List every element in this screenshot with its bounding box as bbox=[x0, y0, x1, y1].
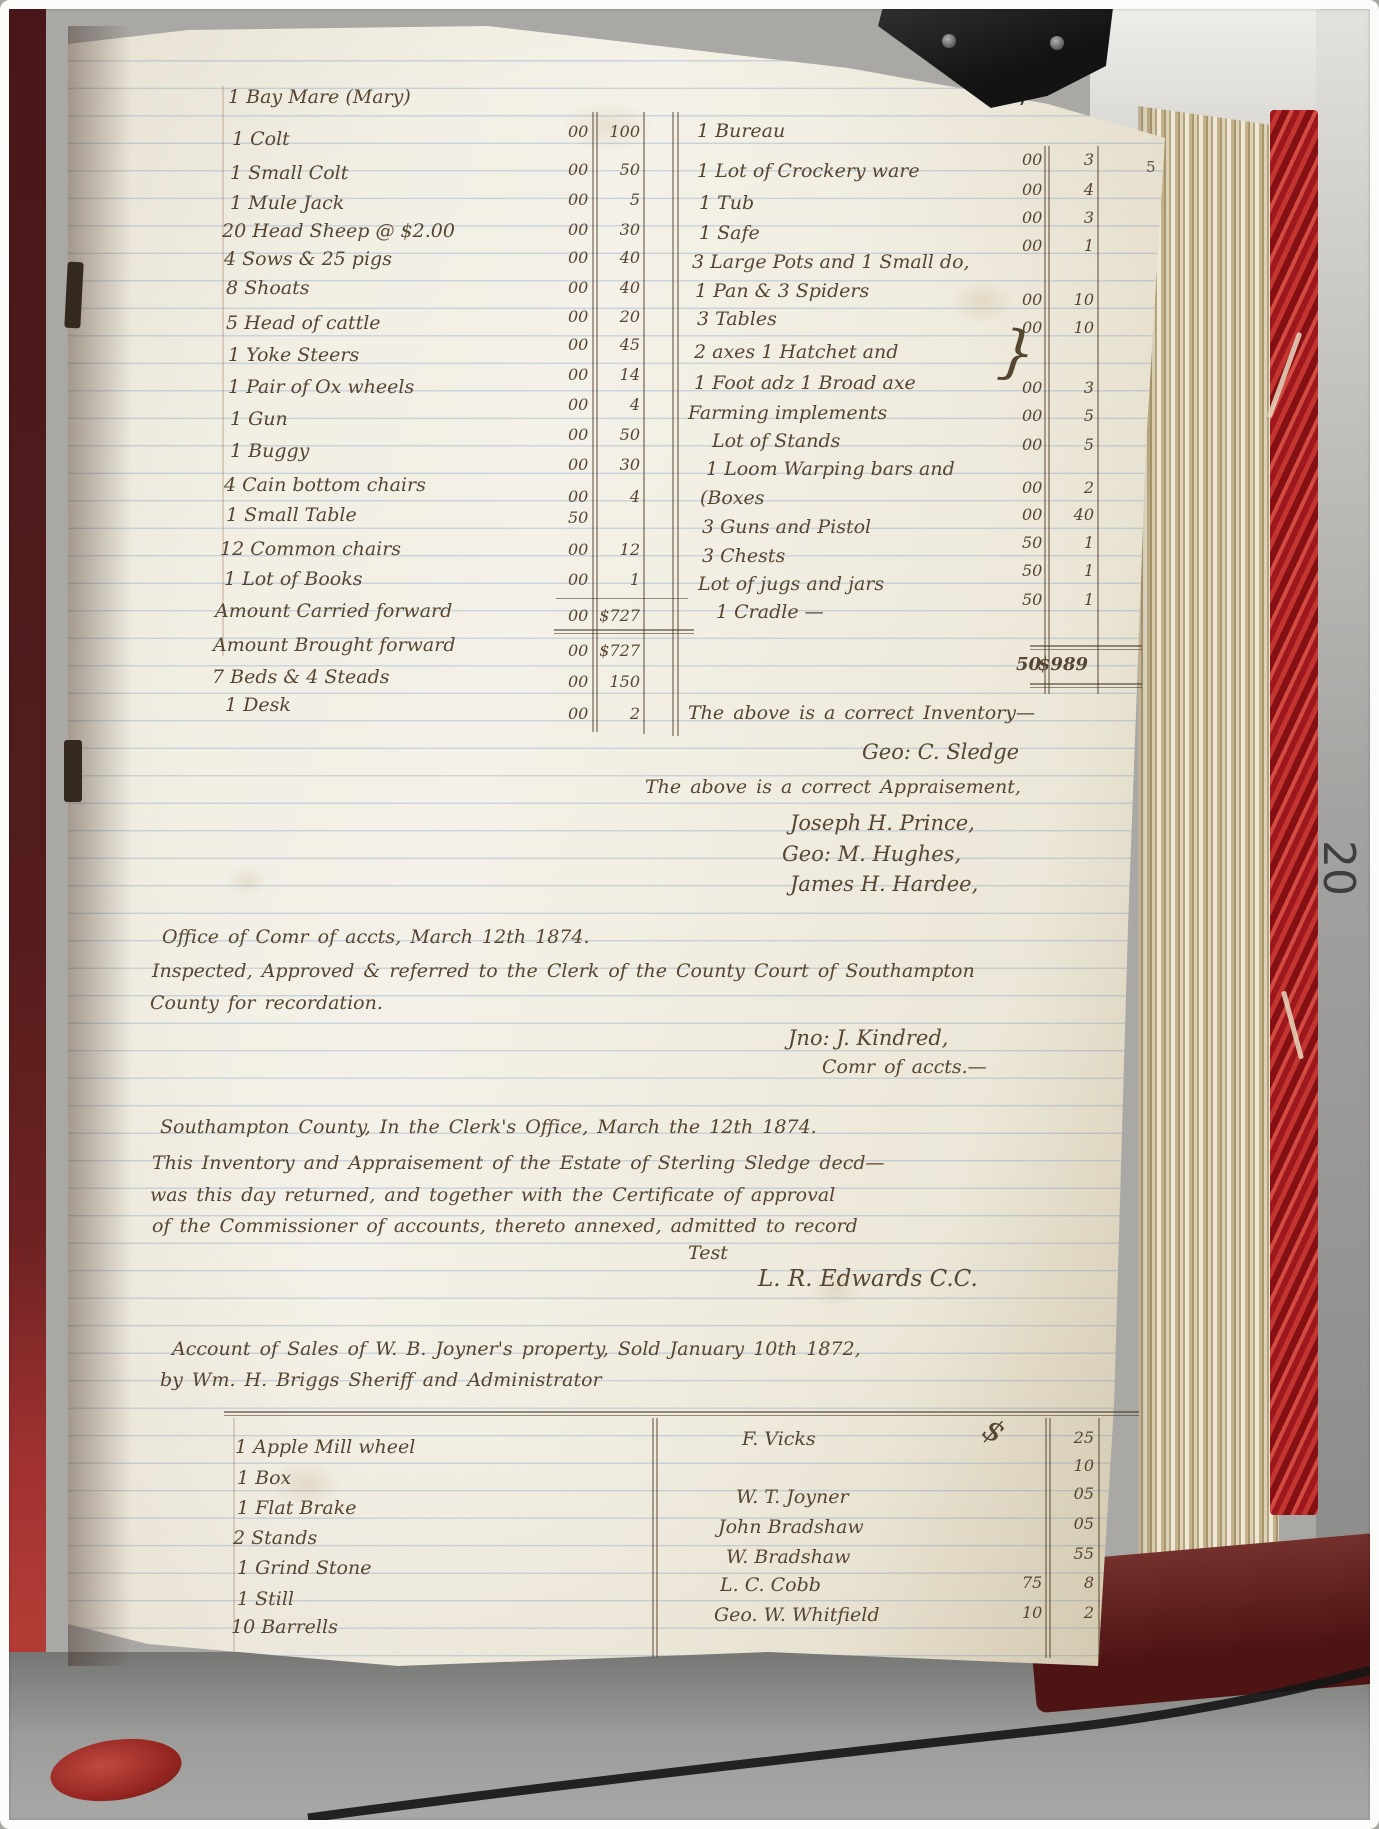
signature-hughes: Geo: M. Hughes, bbox=[782, 842, 961, 866]
inventory-item: 12 Common chairs bbox=[220, 538, 401, 560]
inventory-item: 7 Beds & 4 Steads bbox=[212, 666, 390, 688]
stain bbox=[225, 865, 269, 897]
signature-sledge: Geo: C. Sledge bbox=[862, 740, 1019, 764]
inventory-item: 1 Cradle — bbox=[716, 601, 824, 623]
inventory-item: 1 Tub bbox=[699, 192, 754, 214]
inventory-item: 1 Loom Warping bars and bbox=[706, 458, 955, 480]
inventory-item: 3 Chests bbox=[702, 545, 785, 567]
sale-buyer: John Bradshaw bbox=[718, 1516, 864, 1538]
sales-heading-1: Account of Sales of W. B. Joyner's prope… bbox=[172, 1338, 861, 1360]
inventory-item: 1 Pair of Ox wheels bbox=[228, 376, 414, 398]
inventory-item: Amount Carried forward bbox=[215, 600, 452, 622]
total-rule bbox=[1030, 683, 1142, 685]
inventory-item: 1 Small Colt bbox=[230, 162, 348, 184]
signature-hardee: James H. Hardee, bbox=[790, 872, 978, 896]
inventory-item: 4 Cain bottom chairs bbox=[224, 474, 426, 496]
sale-buyer: L. C. Cobb bbox=[720, 1574, 821, 1596]
attest-word: Test bbox=[688, 1242, 728, 1264]
clerk-line1: Southampton County, In the Clerk's Offic… bbox=[160, 1116, 817, 1138]
clamp-screw bbox=[942, 34, 956, 48]
commissioner-line3: County for recordation. bbox=[150, 992, 383, 1014]
inventory-item: 1 Buggy bbox=[230, 440, 309, 462]
inventory-item: (Boxes bbox=[700, 487, 765, 509]
inventory-item: 1 Gun bbox=[230, 408, 288, 430]
column-rule bbox=[672, 112, 674, 736]
column-rule bbox=[1098, 1418, 1100, 1658]
clerk-line3: was this day returned, and together with… bbox=[150, 1184, 835, 1206]
total-rule bbox=[1030, 649, 1142, 650]
column-rule bbox=[652, 1418, 654, 1658]
inventory-item: 1 Foot adz 1 Broad axe bbox=[694, 372, 916, 394]
inventory-item: 3 Tables bbox=[697, 308, 777, 330]
sale-item: 1 Grind Stone bbox=[237, 1557, 371, 1579]
inventory-item: 5 Head of cattle bbox=[226, 312, 381, 334]
commissioner-line2: Inspected, Approved & referred to the Cl… bbox=[152, 960, 975, 982]
total-rule bbox=[1030, 645, 1142, 647]
total-rule bbox=[554, 629, 694, 631]
sale-item: 2 Stands bbox=[233, 1527, 317, 1549]
signature-kindred: Jno: J. Kindred, bbox=[788, 1026, 948, 1050]
attestation-appraisement: The above is a correct Appraisement, bbox=[645, 776, 1021, 798]
kindred-title: Comr of accts.— bbox=[822, 1056, 987, 1078]
inventory-item: 1 Bureau bbox=[697, 120, 785, 142]
sale-item: 1 Box bbox=[237, 1467, 291, 1489]
binding-mark bbox=[64, 740, 82, 802]
sale-item: 1 Flat Brake bbox=[237, 1497, 357, 1519]
attestation-inventory: The above is a correct Inventory— bbox=[688, 702, 1035, 724]
inventory-item: 8 Shoats bbox=[226, 277, 310, 299]
commissioner-line1: Office of Comr of accts, March 12th 1874… bbox=[162, 926, 590, 948]
column-rule bbox=[643, 112, 645, 734]
inventory-item: 1 Lot of Crockery ware bbox=[697, 160, 920, 182]
inventory-item: 1 Desk bbox=[225, 694, 291, 716]
sale-buyer: F. Vicks bbox=[742, 1428, 816, 1450]
inventory-item: 1 Lot of Books bbox=[224, 568, 362, 590]
sale-buyer: W. Bradshaw bbox=[726, 1546, 850, 1568]
inventory-item: 1 Bay Mare (Mary) bbox=[228, 86, 411, 108]
column-rule bbox=[1049, 1418, 1051, 1658]
column-rule bbox=[677, 112, 679, 736]
inventory-item: 3 Guns and Pistol bbox=[702, 516, 871, 538]
inventory-item: 4 Sows & 25 pigs bbox=[224, 248, 392, 270]
table-rule bbox=[224, 1411, 1139, 1413]
inventory-item: 1 Mule Jack bbox=[230, 192, 344, 214]
sale-item: 1 Apple Mill wheel bbox=[235, 1436, 415, 1458]
inventory-item: 20 Head Sheep @ $2.00 bbox=[222, 220, 455, 242]
ledger-photo: 20 7 5 1 Bay Mare (Mary) 1 Colt 1 Small … bbox=[0, 0, 1379, 1829]
inventory-item: 2 axes 1 Hatchet and bbox=[694, 341, 898, 363]
column-rule bbox=[1045, 1418, 1047, 1658]
total-rule bbox=[556, 598, 688, 599]
sale-buyer: Geo. W. Whitfield bbox=[714, 1604, 880, 1626]
inventory-item: Lot of Stands bbox=[712, 430, 840, 452]
sale-item: 1 Still bbox=[237, 1588, 294, 1610]
signature-prince: Joseph H. Prince, bbox=[790, 811, 975, 835]
total-rule bbox=[554, 633, 694, 634]
inventory-item: 1 Colt bbox=[232, 128, 290, 150]
clamp-screw bbox=[1050, 36, 1064, 50]
sale-item: 10 Barrells bbox=[231, 1616, 338, 1638]
inventory-item: 3 Large Pots and 1 Small do, bbox=[692, 251, 970, 273]
inventory-item: 1 Pan & 3 Spiders bbox=[695, 280, 869, 302]
fore-edge-number: 5 bbox=[1146, 158, 1156, 176]
sale-buyer: W. T. Joyner bbox=[736, 1486, 849, 1508]
inventory-item: 1 Safe bbox=[699, 222, 760, 244]
column-rule bbox=[656, 1418, 658, 1658]
inventory-item: 1 Small Table bbox=[226, 504, 357, 526]
clerk-line2: This Inventory and Appraisement of the E… bbox=[152, 1152, 885, 1174]
total-rule bbox=[1030, 687, 1142, 688]
inventory-item: Lot of jugs and jars bbox=[698, 573, 884, 595]
inventory-item: Amount Brought forward bbox=[213, 634, 456, 656]
signature-edwards: L. R. Edwards C.C. bbox=[758, 1266, 978, 1292]
clerk-line4: of the Commissioner of accounts, thereto… bbox=[152, 1215, 858, 1237]
column-rule bbox=[1097, 146, 1099, 694]
inventory-item: Farming implements bbox=[688, 402, 887, 424]
sales-heading-2: by Wm. H. Briggs Sheriff and Administrat… bbox=[160, 1369, 602, 1391]
inventory-item: 1 Yoke Steers bbox=[228, 344, 359, 366]
